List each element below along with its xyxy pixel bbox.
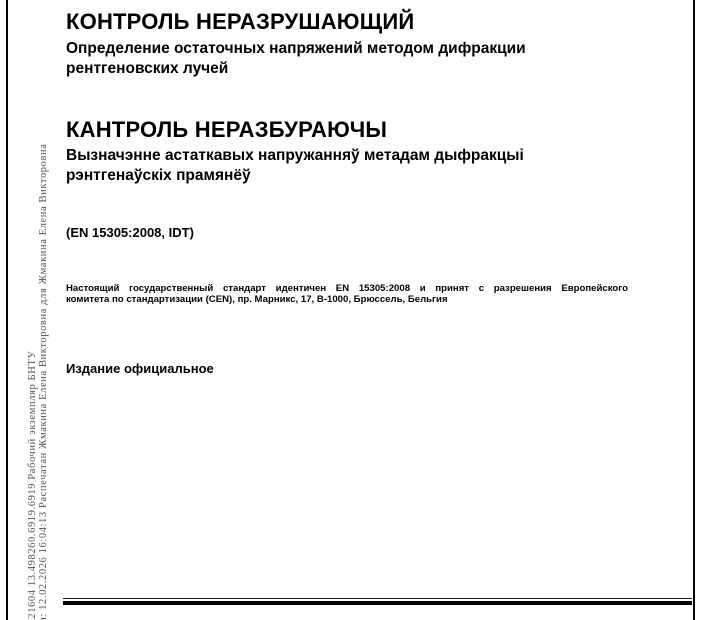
subtitle-russian-line-2: рентгеновских лучей xyxy=(66,59,526,79)
adoption-notice-line-2: комитета по стандартизации (CEN), пр. Ма… xyxy=(66,294,628,305)
watermark-line-1: :121604 13.498260.6919.6919 Рабочий экзе… xyxy=(27,351,38,620)
subtitle-belarusian-line-1: Вызначэнне астаткавых напружанняў метада… xyxy=(66,146,524,166)
watermark-line-2: ти: 12.02.2026 16:04:13 Распечатан Жмаки… xyxy=(38,143,49,620)
footer-rule-thin xyxy=(63,598,692,599)
subtitle-belarusian-line-2: рэнтгенаўскіх прамянёў xyxy=(66,166,524,186)
footer-rule-thick xyxy=(63,601,692,605)
subtitle-russian: Определение остаточных напряжений методо… xyxy=(66,39,526,79)
adoption-notice: Настоящий государственный стандарт идент… xyxy=(66,283,628,305)
subtitle-russian-line-1: Определение остаточных напряжений методо… xyxy=(66,39,526,59)
edition-label: Издание официальное xyxy=(66,361,214,377)
title-belarusian: КАНТРОЛЬ НЕРАЗБУРАЮЧЫ xyxy=(66,116,387,144)
document-page xyxy=(6,0,695,620)
adoption-notice-line-1: Настоящий государственный стандарт идент… xyxy=(66,283,628,294)
subtitle-belarusian: Вызначэнне астаткавых напружанняў метада… xyxy=(66,146,524,186)
standard-identity: (EN 15305:2008, IDT) xyxy=(66,225,194,241)
title-russian: КОНТРОЛЬ НЕРАЗРУШАЮЩИЙ xyxy=(66,8,414,36)
